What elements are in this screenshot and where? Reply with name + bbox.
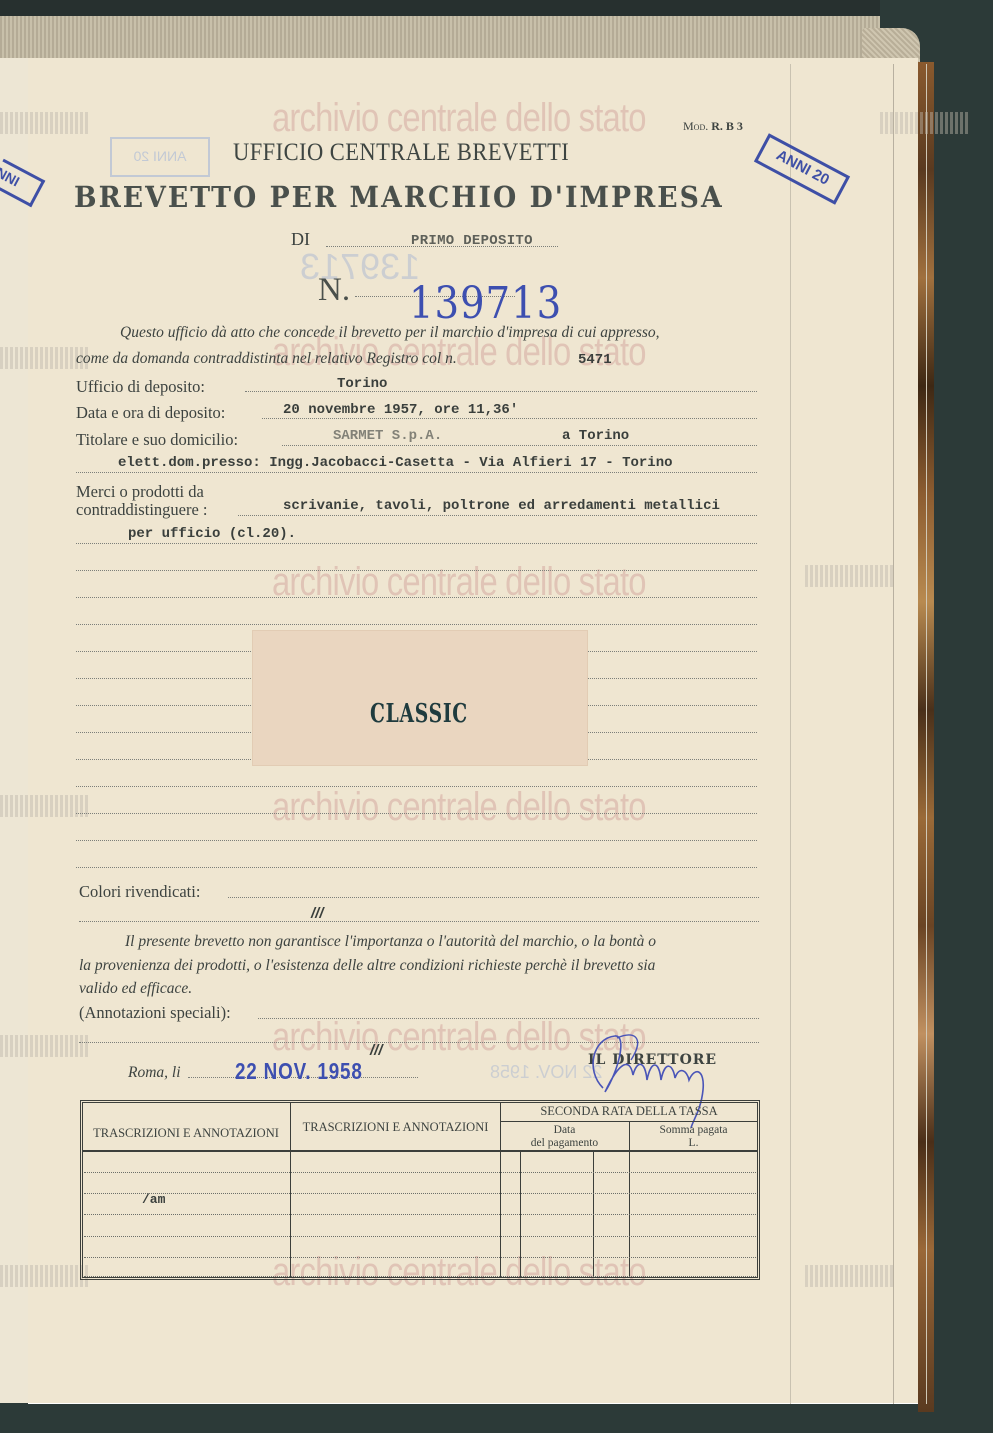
place-label: Roma, li [128, 1064, 181, 1082]
issue-date-stamp: 22 NOV. 1958 [235, 1058, 363, 1085]
ufficio-value: Torino [337, 376, 387, 392]
dotted-line [76, 813, 757, 814]
dotted-line [79, 921, 759, 922]
column-header-currency: L. [629, 1137, 758, 1149]
dotted-line [245, 391, 757, 392]
dotted-line [76, 786, 757, 787]
page-edge-line [893, 64, 894, 1404]
watermark-logo [0, 1265, 90, 1287]
preamble-line-1: Questo ufficio dà atto che concede il br… [120, 324, 660, 342]
column-header-trascrizioni-2: TRASCRIZIONI E ANNOTAZIONI [291, 1120, 500, 1135]
titolare-city: a Torino [562, 428, 629, 444]
document-title: BREVETTO PER MARCHIO D'IMPRESA [74, 180, 724, 214]
watermark-logo [0, 1035, 90, 1057]
page-edge-line [790, 64, 791, 1404]
disclaimer-line-2: la provenienza dei prodotti, o l'esisten… [79, 957, 655, 975]
annotazioni-value: /// [370, 1042, 383, 1059]
colori-value: /// [311, 905, 324, 922]
dotted-line [262, 418, 757, 419]
dotted-line [258, 1018, 759, 1019]
disclaimer-line-1: Il presente brevetto non garantisce l'im… [125, 933, 656, 951]
watermark-logo [0, 112, 90, 134]
watermark-text: archivio centrale dello stato [272, 560, 646, 605]
merci-label-1: Merci o prodotti da [76, 482, 204, 502]
preamble-line-2: come da domanda contraddistinta nel rela… [76, 350, 457, 368]
column-header-data: Data [500, 1124, 629, 1136]
table-header-divider [82, 1150, 758, 1152]
table-row [84, 1214, 756, 1215]
number-label: N. [318, 272, 350, 309]
dotted-line [282, 445, 757, 446]
deposit-type: PRIMO DEPOSITO [411, 233, 533, 249]
trademark-name: CLASSIC [370, 699, 468, 729]
colori-label: Colori rivendicati: [79, 882, 200, 902]
merci-value-2: per ufficio (cl.20). [128, 526, 296, 542]
watermark-text: archivio centrale dello stato [272, 785, 646, 830]
ghost-stamp: ANNI 20 [110, 137, 210, 177]
titolare-label: Titolare e suo domicilio: [76, 430, 238, 450]
data-value: 20 novembre 1957, ore 11,36' [283, 402, 518, 418]
watermark-text: archivio centrale dello stato [272, 96, 646, 141]
column-header-trascrizioni-1: TRASCRIZIONI E ANNOTAZIONI [82, 1126, 290, 1141]
column-header-somma: Somma pagata [629, 1124, 758, 1136]
dotted-line [76, 840, 757, 841]
domicilio-value: elett.dom.presso: Ingg.Jacobacci-Casetta… [118, 455, 673, 471]
table-row [84, 1257, 756, 1258]
model-code-prefix: Mod. [683, 119, 708, 133]
trademark-label-paper [252, 630, 588, 766]
watermark-logo [805, 565, 895, 587]
group-header-seconda-rata: SECONDA RATA DELLA TASSA [500, 1104, 758, 1119]
annotazioni-label: (Annotazioni speciali): [79, 1003, 231, 1023]
dotted-line [76, 472, 757, 473]
watermark-logo [805, 1265, 895, 1287]
model-code-value: R. B 3 [711, 119, 743, 133]
table-note: /am [142, 1192, 165, 1207]
watermark-logo [880, 112, 970, 134]
merci-label-2: contraddistinguere : [76, 500, 208, 520]
merci-value-1: scrivanie, tavoli, poltrone ed arredamen… [283, 498, 720, 514]
dotted-line [76, 624, 757, 625]
dotted-line [76, 570, 757, 571]
dotted-line [228, 897, 759, 898]
register-number: 5471 [578, 352, 612, 368]
disclaimer-line-3: valido ed efficace. [79, 980, 192, 998]
column-header-data-sub: del pagamento [500, 1137, 629, 1149]
table-row [84, 1172, 756, 1173]
table-row [84, 1276, 756, 1277]
cloth-binding-strip [0, 16, 880, 59]
office-name: UFFICIO CENTRALE BREVETTI [233, 139, 569, 167]
dotted-line [76, 867, 757, 868]
previous-page-edge [0, 58, 31, 1403]
dotted-line [76, 543, 757, 544]
table-divider [500, 1121, 758, 1122]
dotted-line [76, 597, 757, 598]
patent-number: 139713 [409, 278, 562, 329]
model-code: Mod. R. B 3 [683, 119, 743, 134]
dotted-line [238, 515, 757, 516]
page-edge-line [926, 64, 927, 1404]
data-label: Data e ora di deposito: [76, 403, 225, 423]
table-row [84, 1193, 756, 1194]
ufficio-label: Ufficio di deposito: [76, 377, 205, 397]
table-row [84, 1236, 756, 1237]
titolare-value: SARMET S.p.A. [333, 428, 442, 444]
